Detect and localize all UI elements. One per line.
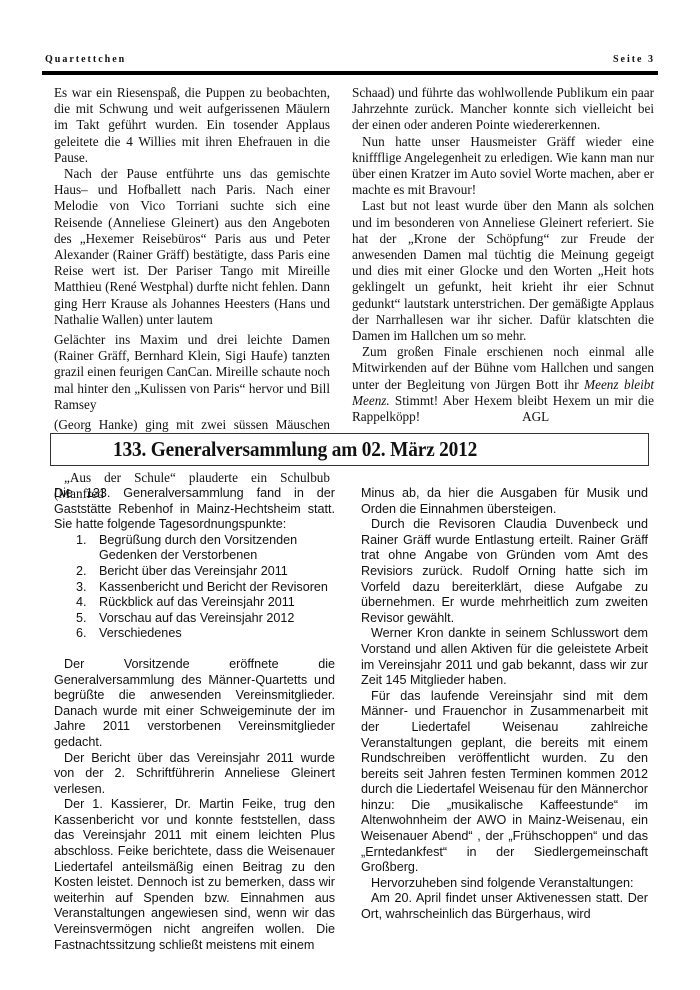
agenda-item: 3.Kassenbericht und Bericht der Revisore… (54, 580, 335, 596)
agenda-list: 1.Begrüßung durch den Vorsitzenden Geden… (54, 533, 335, 642)
article2-title: 133. Generalversammlung am 02. März 2012 (113, 436, 477, 463)
paragraph: Hervorzuheben sind folgende Veranstaltun… (361, 876, 648, 892)
paragraph: Der Vorsitzende eröffnete die Generalver… (54, 657, 335, 751)
paragraph: Am 20. April findet unser Aktivenessen s… (361, 891, 648, 922)
paragraph: Nun hatte unser Hausmeister Gräff wieder… (352, 134, 654, 199)
agenda-item: 2.Bericht über das Vereinsjahr 2011 (54, 564, 335, 580)
intro-paragraph: Die 133. Generalversammlung fand in der … (54, 486, 335, 533)
publication-name: Quartettchen (45, 54, 126, 65)
agenda-item: 6.Verschiedenes (54, 626, 335, 642)
paragraph: Last but not least wurde über den Mann a… (352, 198, 654, 344)
closing-text: Stimmt! Aber Hexem bleibt Hexem un mir d… (352, 393, 654, 424)
agenda-item: 1.Begrüßung durch den Vorsitzenden Geden… (54, 533, 335, 564)
paragraph: Schaad) und führte das wohlwollende Publ… (352, 85, 654, 134)
paragraph-finale: Zum großen Finale erschienen noch einmal… (352, 344, 654, 425)
paragraph: Der Bericht über das Vereinsjahr 2011 wu… (54, 751, 335, 798)
paragraph: Für das laufende Vereinsjahr sind mit de… (361, 689, 648, 876)
article2-title-box: 133. Generalversammlung am 02. März 2012 (50, 433, 649, 466)
agenda-item: 5.Vorschau auf das Vereinsjahr 2012 (54, 611, 335, 627)
page-number: Seite 3 (613, 54, 655, 65)
paragraph: Gelächter ins Maxim und drei leichte Dam… (54, 332, 330, 413)
paragraph: Es war ein Riesenspaß, die Puppen zu beo… (54, 85, 330, 166)
author-signature: AGL (512, 409, 549, 425)
article2-column-left: Die 133. Generalversammlung fand in der … (54, 486, 335, 953)
paragraph: Durch die Revisoren Claudia Duvenbeck un… (361, 517, 648, 626)
article1-column-right: Schaad) und führte das wohlwollende Publ… (352, 85, 654, 425)
paragraph: Nach der Pause entführte uns das gemisch… (54, 166, 330, 328)
paragraph: Minus ab, da hier die Ausgaben für Musik… (361, 486, 648, 517)
spacer (54, 642, 335, 657)
agenda-item: 4.Rückblick auf das Vereinsjahr 2011 (54, 595, 335, 611)
article2-column-right: Minus ab, da hier die Ausgaben für Musik… (361, 486, 648, 923)
header-rule (42, 71, 658, 75)
paragraph: Der 1. Kassierer, Dr. Martin Feike, trug… (54, 797, 335, 953)
paragraph: Werner Kron dankte in seinem Schlusswort… (361, 626, 648, 688)
